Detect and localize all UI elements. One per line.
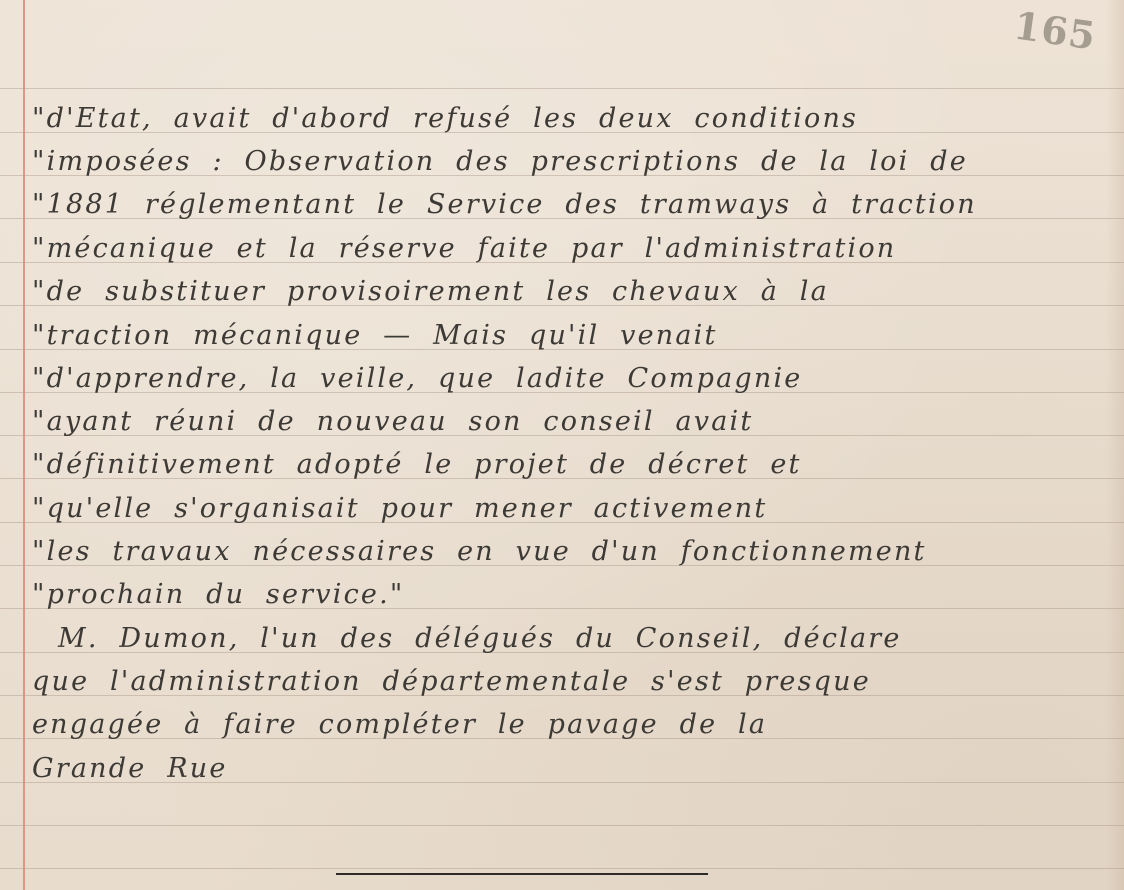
ruled-line [0,868,1124,869]
handwritten-line-6: "traction mécanique — Mais qu'il venait [32,321,718,351]
handwritten-line-7: "d'apprendre, la veille, que ladite Comp… [32,364,802,394]
red-margin-line [23,0,25,890]
handwritten-line-11: "les travaux nécessaires en vue d'un fon… [32,537,927,567]
handwritten-line-1: "d'Etat, avait d'abord refusé les deux c… [32,104,858,134]
ruled-line [0,825,1124,826]
handwritten-line-12: "prochain du service." [32,580,404,610]
handwritten-line-5: "de substituer provisoirement les chevau… [32,277,829,307]
handwritten-line-9: "définitivement adopté le projet de décr… [32,450,802,480]
handwritten-line-3: "1881 réglementant le Service des tramwa… [32,190,977,220]
ruled-line [0,88,1124,89]
handwritten-line-2: "imposées : Observation des prescription… [32,147,968,177]
handwritten-line-13: M. Dumon, l'un des délégués du Conseil, … [58,624,902,654]
handwritten-line-4: "mécanique et la réserve faite par l'adm… [32,234,896,264]
ledger-page: 165 "d'Etat, avait d'abord refusé les de… [0,0,1124,890]
page-edge-shadow [1106,0,1124,890]
section-end-rule [336,873,708,875]
handwritten-line-16: Grande Rue [32,754,228,784]
handwritten-line-15: engagée à faire compléter le pavage de l… [32,710,767,740]
handwritten-line-14: que l'administration départementale s'es… [32,667,871,697]
page-number: 165 [1011,2,1099,58]
handwritten-line-10: "qu'elle s'organisait pour mener activem… [32,494,767,524]
handwritten-line-8: "ayant réuni de nouveau son conseil avai… [32,407,753,437]
